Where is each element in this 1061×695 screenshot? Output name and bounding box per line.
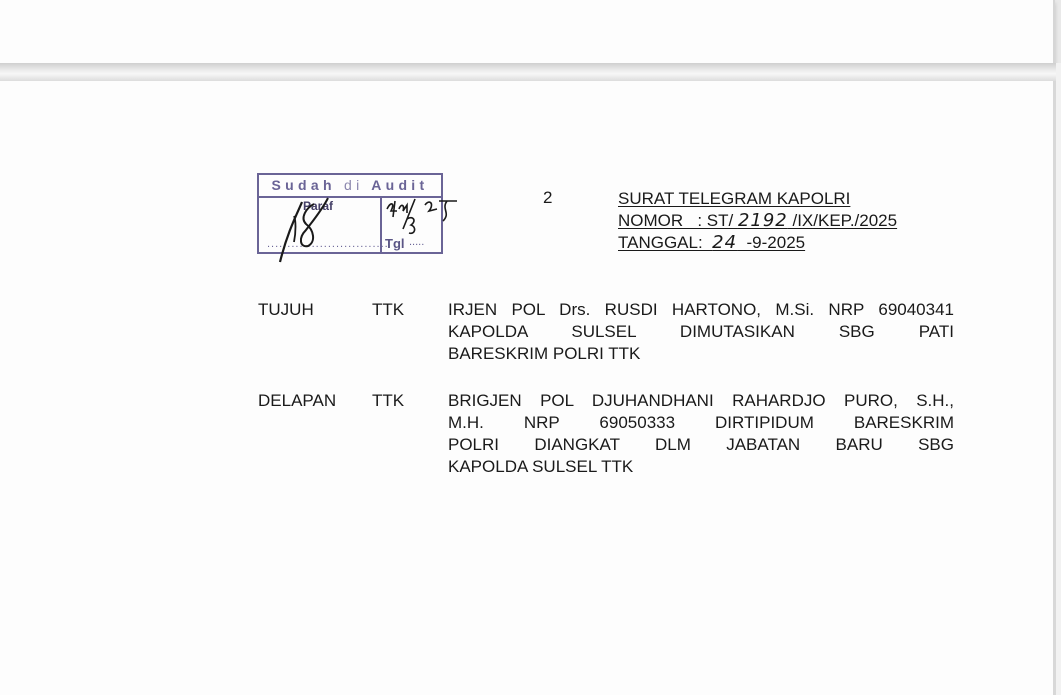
previous-page <box>0 0 1055 63</box>
item-number: TUJUH <box>258 299 314 321</box>
header-nomor: NOMOR : ST/ 2192 /IX/KEP./2025 <box>618 210 897 232</box>
tanggal-handwritten: 24 <box>712 232 737 253</box>
nomor-label: NOMOR : ST/ <box>618 211 738 230</box>
item-line: IRJEN POL Drs. RUSDI HARTONO, M.Si. NRP … <box>448 299 954 321</box>
stamp-title-word: di <box>344 177 364 193</box>
item-number: DELAPAN <box>258 390 336 412</box>
item-line: KAPOLDA SULSEL TTK <box>448 456 954 478</box>
item-line: KAPOLDA SULSEL DIMUTASIKAN SBG PATI <box>448 321 954 343</box>
item-line: BRIGJEN POL DJUHANDHANI RAHARDJO PURO, S… <box>448 390 954 412</box>
tanggal-suffix: -9-2025 <box>737 233 805 252</box>
header-tanggal: TANGGAL: 24 -9-2025 <box>618 232 897 254</box>
document-page <box>0 81 1056 695</box>
item-text: BRIGJEN POL DJUHANDHANI RAHARDJO PURO, S… <box>448 390 954 478</box>
page-gap <box>0 63 1061 81</box>
item-line: BARESKRIM POLRI TTK <box>448 343 954 365</box>
nomor-suffix: /IX/KEP./2025 <box>788 211 897 230</box>
tanggal-label: TANGGAL: <box>618 233 712 252</box>
nomor-handwritten: 2192 <box>738 210 788 231</box>
handwritten-date-icon <box>385 195 465 250</box>
signature-icon <box>270 190 340 270</box>
item-line: M.H. NRP 69050333 DIRTIPIDUM BARESKRIM <box>448 412 954 434</box>
page-number: 2 <box>543 188 552 208</box>
item-ttk: TTK <box>372 390 404 412</box>
stamp-title-word: Audit <box>371 177 428 193</box>
item-ttk: TTK <box>372 299 404 321</box>
viewer-edge <box>1056 63 1061 695</box>
header-title: SURAT TELEGRAM KAPOLRI <box>618 188 897 210</box>
stamp-divider <box>380 198 382 254</box>
item-text: IRJEN POL Drs. RUSDI HARTONO, M.Si. NRP … <box>448 299 954 365</box>
telegram-header: SURAT TELEGRAM KAPOLRI NOMOR : ST/ 2192 … <box>618 188 897 254</box>
item-line: POLRI DIANGKAT DLM JABATAN BARU SBG <box>448 434 954 456</box>
